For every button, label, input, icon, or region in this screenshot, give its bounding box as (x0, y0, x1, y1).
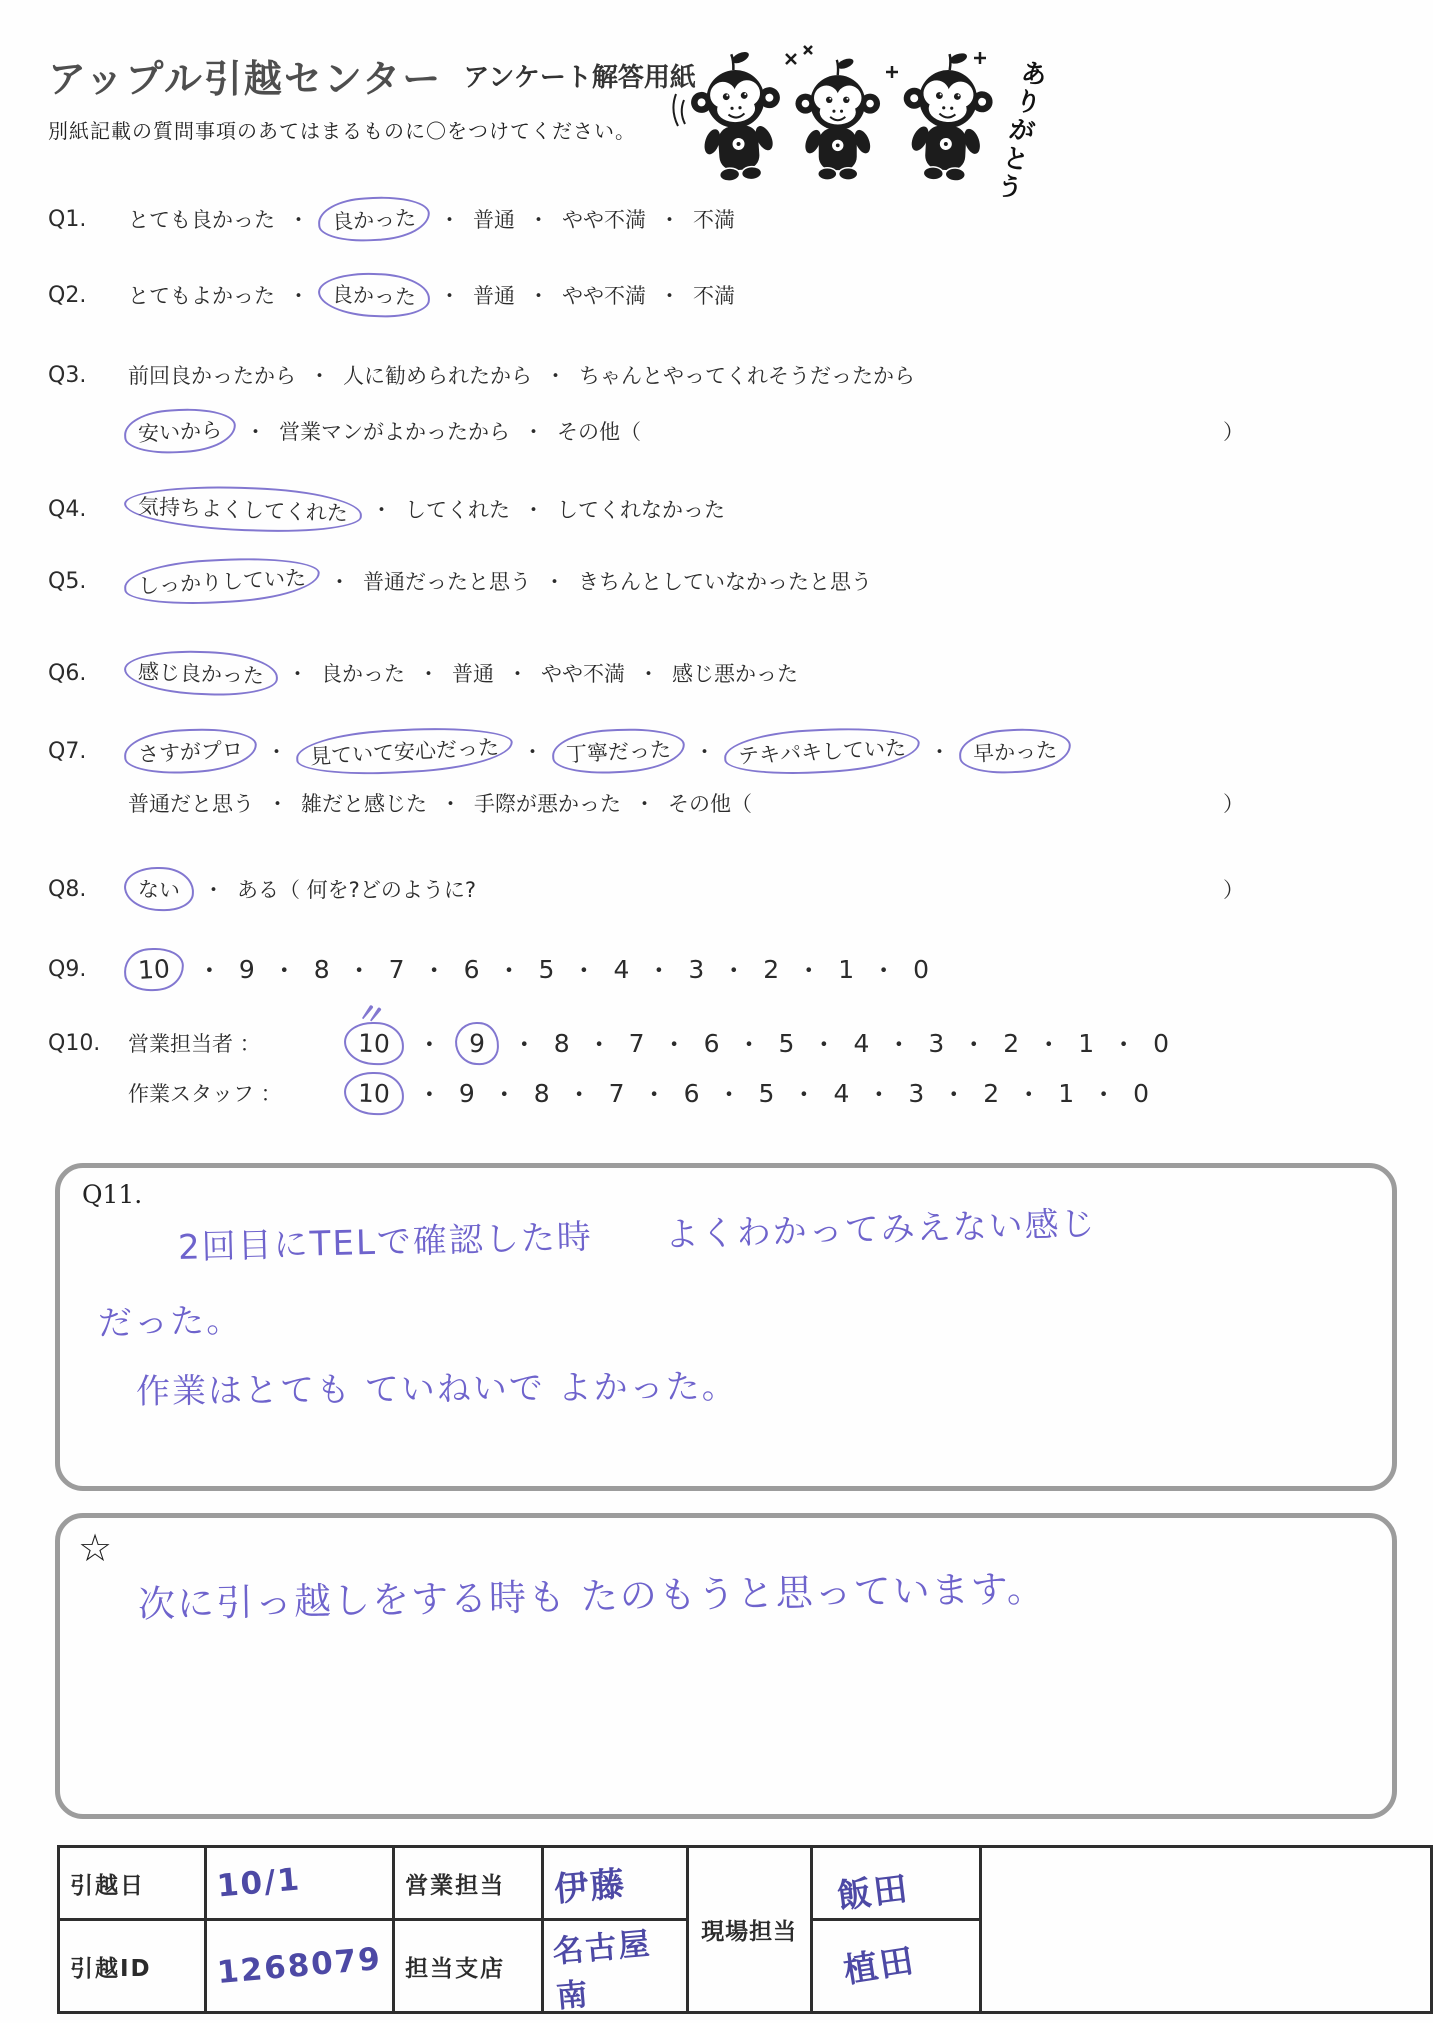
option-label: 手際が悪かった (474, 788, 621, 818)
question-block: Q10.営業担当者 ：10〃・9・8・7・6・5・4・3・2・1・0作業スタッフ… (48, 1026, 1248, 1110)
q11-comment-box: Q11. 2回目にTELで確認した時 よくわかってみえない感じ だった。 作業は… (55, 1163, 1397, 1491)
survey-sheet: アップル引越センター アンケート解答用紙 別紙記載の質問事項のあてはまるものに〇… (0, 0, 1433, 2023)
question-line: Q2.とてもよかった・良かった・普通・やや不満・不満 (48, 278, 1248, 312)
separator-dot: ・ (886, 1025, 911, 1061)
site-rep-value-1: 飯田 (834, 1860, 911, 1917)
separator-dot: ・ (422, 951, 447, 987)
option-label: 8 (534, 1079, 550, 1108)
separator-dot: ・ (642, 1075, 667, 1111)
option-label: 不満 (693, 280, 735, 310)
option-label: 普通 (473, 280, 515, 310)
option-circled: 早かった (958, 726, 1072, 776)
option-label: 6 (464, 955, 480, 984)
option-circled: 安いから (123, 406, 237, 456)
separator-dot: ・ (811, 1025, 836, 1061)
monkeys-svg (670, 42, 1000, 190)
sales-rep-label: 営業担当 (394, 1847, 543, 1920)
correction-mark: 〃 (352, 986, 393, 1037)
separator-dot: ・ (1016, 1075, 1041, 1111)
move-date-cell: 10/1 (206, 1847, 394, 1920)
question-id: Q2. (48, 283, 128, 308)
branch-label: 担当支店 (394, 1920, 543, 2013)
option-label: 1 (838, 955, 854, 984)
handwritten-line: 作業はとても ていねいで よかった。 (136, 1359, 738, 1413)
option-label: 雑だと感じた (301, 788, 427, 818)
move-date-value: 10/1 (216, 1861, 303, 1904)
option-label: 普通だと思う (128, 788, 254, 818)
question-id: Q1. (48, 207, 128, 232)
option-label: 7 (389, 955, 405, 984)
separator-dot: ・ (791, 1075, 816, 1111)
question-block: Q9.10・9・8・7・6・5・4・3・2・1・0 (48, 952, 1248, 986)
separator-dot: ・ (287, 658, 308, 688)
option-circled: さすがプロ (123, 726, 258, 777)
separator-dot: ・ (694, 736, 715, 766)
question-line: Q7.さすがプロ・見ていて安心だった・丁寧だった・テキパキしていた・早かった (48, 734, 1248, 768)
handwritten-line: 次に引っ越しをする時も たのもうと思っています。 (138, 1558, 1047, 1628)
question-id: Q6. (48, 661, 128, 686)
question-prefix: 営業担当者 ： (128, 1028, 348, 1058)
option-circled: しっかりしていた (123, 554, 321, 608)
separator-dot: ・ (1111, 1025, 1136, 1061)
question-id: Q3. (48, 363, 128, 388)
question-block: Q1.とても良かった・良かった・普通・やや不満・不満 (48, 202, 1248, 236)
monkey-icon (688, 48, 786, 184)
question-line: 普通だと思う・雑だと感じた・手際が悪かった・その他（） (48, 786, 1248, 820)
option-label: やや不満 (562, 204, 646, 234)
option-label: ある（ 何を?どのように? (237, 874, 476, 904)
empty-cell (980, 1847, 1431, 2013)
separator-dot: ・ (417, 1075, 442, 1111)
option-label: ちゃんとやってくれそうだったから (579, 360, 915, 390)
separator-dot: ・ (266, 736, 287, 766)
branch-cell: 名古屋南 (543, 1920, 687, 2013)
option-label: 4 (613, 955, 629, 984)
question-line: Q5.しっかりしていた・普通だったと思う・きちんとしていなかったと思う (48, 564, 1248, 598)
separator-dot: ・ (288, 204, 309, 234)
separator-dot: ・ (523, 494, 544, 524)
option-circled: テキパキしていた (723, 724, 921, 778)
option-label: 8 (554, 1029, 570, 1058)
monkey-icon (899, 48, 995, 183)
question-line: Q6.感じ良かった・良かった・普通・やや不満・感じ悪かった (48, 656, 1248, 690)
question-id: Q7. (48, 739, 128, 764)
option-circled: 9 (454, 1021, 499, 1066)
option-label: 4 (833, 1079, 849, 1108)
question-line: 安いから・営業マンがよかったから・その他（） (48, 414, 1248, 448)
option-label: してくれた (405, 494, 510, 524)
option-label: 7 (629, 1029, 645, 1058)
option-label: 普通 (452, 658, 494, 688)
handwritten-line: だった。 (97, 1292, 242, 1345)
option-label: 不満 (693, 204, 735, 234)
motion-lines-icon (673, 94, 685, 126)
option-label: とてもよかった (128, 280, 275, 310)
question-id: Q9. (48, 957, 128, 982)
footer-table: 引越日 10/1 営業担当 伊藤 現場担当 飯田 引越ID 1268079 担当… (57, 1845, 1433, 2014)
question-line: 作業スタッフ ：10・9・8・7・6・5・4・3・2・1・0 (48, 1076, 1248, 1110)
question-block: Q5.しっかりしていた・普通だったと思う・きちんとしていなかったと思う (48, 564, 1248, 598)
header: アップル引越センター アンケート解答用紙 別紙記載の質問事項のあてはまるものに〇… (48, 48, 696, 144)
option-label: 2 (1003, 1029, 1019, 1058)
option-circled: 見ていて安心だった (295, 723, 514, 778)
tail-paren: ） (1223, 416, 1248, 446)
separator-dot: ・ (941, 1075, 966, 1111)
separator-dot: ・ (439, 204, 460, 234)
option-label: 2 (763, 955, 779, 984)
option-label: 1 (1078, 1029, 1094, 1058)
option-label: 人に勧められたから (343, 360, 532, 390)
option-label: 0 (1153, 1029, 1169, 1058)
separator-dot: ・ (659, 280, 680, 310)
move-id-cell: 1268079 (206, 1920, 394, 2013)
separator-dot: ・ (492, 1075, 517, 1111)
separator-dot: ・ (1036, 1025, 1061, 1061)
separator-dot: ・ (347, 951, 372, 987)
star-icon: ☆ (78, 1526, 112, 1570)
separator-dot: ・ (329, 566, 350, 596)
option-label: 感じ悪かった (672, 658, 798, 688)
separator-dot: ・ (717, 1075, 742, 1111)
option-label: 普通だったと思う (363, 566, 531, 596)
handwritten-line: 2回目にTELで確認した時 よくわかってみえない感じ (177, 1196, 1097, 1269)
option-label: 5 (539, 955, 555, 984)
separator-dot: ・ (439, 280, 460, 310)
option-label: やや不満 (562, 280, 646, 310)
move-date-label: 引越日 (59, 1847, 206, 1920)
option-label: 3 (928, 1029, 944, 1058)
separator-dot: ・ (371, 494, 392, 524)
separator-dot: ・ (528, 204, 549, 234)
option-label: 前回良かったから (128, 360, 296, 390)
option-label: 9 (459, 1079, 475, 1108)
option-circled: 感じ良かった (123, 648, 278, 697)
option-label: 9 (239, 955, 255, 984)
monkey-icon (795, 57, 880, 181)
option-label: 営業マンがよかったから (279, 416, 510, 446)
option-label: 普通 (473, 204, 515, 234)
option-label: してくれなかった (557, 494, 725, 524)
option-label: やや不満 (541, 658, 625, 688)
question-block: Q6.感じ良かった・良かった・普通・やや不満・感じ悪かった (48, 656, 1248, 690)
option-label: 6 (684, 1079, 700, 1108)
question-block: Q2.とてもよかった・良かった・普通・やや不満・不満 (48, 278, 1248, 312)
option-label: 1 (1058, 1079, 1074, 1108)
question-line: Q8.ない・ある（ 何を?どのように?） (48, 872, 1248, 906)
separator-dot: ・ (638, 658, 659, 688)
option-circled: 丁寧だった (551, 726, 686, 777)
separator-dot: ・ (203, 874, 224, 904)
separator-dot: ・ (522, 736, 543, 766)
question-line: Q4.気持ちよくしてくれた・してくれた・してくれなかった (48, 492, 1248, 526)
separator-dot: ・ (929, 736, 950, 766)
separator-dot: ・ (507, 658, 528, 688)
question-line: Q1.とても良かった・良かった・普通・やや不満・不満 (48, 202, 1248, 236)
separator-dot: ・ (440, 788, 461, 818)
tail-paren: ） (1223, 788, 1248, 818)
separator-dot: ・ (721, 951, 746, 987)
separator-dot: ・ (587, 1025, 612, 1061)
option-label: 0 (1133, 1079, 1149, 1108)
option-label: 5 (779, 1029, 795, 1058)
question-block: Q4.気持ちよくしてくれた・してくれた・してくれなかった (48, 492, 1248, 526)
separator-dot: ・ (545, 360, 566, 390)
option-circled: 10〃 (343, 1020, 404, 1065)
site-rep-cell-top: 飯田 (811, 1847, 980, 1920)
site-rep-label: 現場担当 (687, 1847, 811, 2013)
question-line: Q9.10・9・8・7・6・5・4・3・2・1・0 (48, 952, 1248, 986)
mascot-monkeys-illustration (670, 42, 1000, 190)
question-block: Q3.前回良かったから・人に勧められたから・ちゃんとやってくれそうだったから安い… (48, 358, 1248, 448)
question-id: Q4. (48, 497, 128, 522)
question-block: Q7.さすがプロ・見ていて安心だった・丁寧だった・テキパキしていた・早かった普通… (48, 734, 1248, 820)
question-prefix: 作業スタッフ ： (128, 1078, 348, 1108)
brand-title: アップル引越センター (48, 48, 442, 103)
separator-dot: ・ (497, 951, 522, 987)
option-circled: 良かった (317, 194, 431, 244)
separator-dot: ・ (309, 360, 330, 390)
separator-dot: ・ (245, 416, 266, 446)
separator-dot: ・ (1091, 1075, 1116, 1111)
separator-dot: ・ (796, 951, 821, 987)
separator-dot: ・ (267, 788, 288, 818)
separator-dot: ・ (523, 416, 544, 446)
separator-dot: ・ (634, 788, 655, 818)
separator-dot: ・ (544, 566, 565, 596)
option-circled: ない (123, 866, 194, 912)
option-circled: 10 (123, 946, 185, 992)
option-label: 5 (759, 1079, 775, 1108)
separator-dot: ・ (871, 951, 896, 987)
separator-dot: ・ (571, 951, 596, 987)
separator-dot: ・ (567, 1075, 592, 1111)
separator-dot: ・ (528, 280, 549, 310)
separator-dot: ・ (197, 951, 222, 987)
form-title: アンケート解答用紙 (463, 57, 695, 94)
question-line: Q3.前回良かったから・人に勧められたから・ちゃんとやってくれそうだったから (48, 358, 1248, 392)
option-label: 0 (913, 955, 929, 984)
option-circled: 気持ちよくしてくれた (123, 483, 362, 535)
move-id-value: 1268079 (216, 1941, 384, 1991)
separator-dot: ・ (737, 1025, 762, 1061)
branch-value: 名古屋南 (551, 1916, 680, 2016)
site-rep-value-2: 植田 (839, 1932, 918, 1992)
question-id: Q8. (48, 877, 128, 902)
option-label: 6 (704, 1029, 720, 1058)
sales-rep-value: 伊藤 (552, 1855, 628, 1910)
question-line: Q10.営業担当者 ：10〃・9・8・7・6・5・4・3・2・1・0 (48, 1026, 1248, 1060)
separator-dot: ・ (662, 1025, 687, 1061)
option-label: 4 (853, 1029, 869, 1058)
q11-label: Q11. (82, 1180, 142, 1209)
option-label: 2 (983, 1079, 999, 1108)
move-id-label: 引越ID (59, 1920, 206, 2013)
separator-dot: ・ (659, 204, 680, 234)
separator-dot: ・ (961, 1025, 986, 1061)
separator-dot: ・ (866, 1075, 891, 1111)
option-label: 7 (609, 1079, 625, 1108)
option-label: きちんとしていなかったと思う (578, 566, 872, 596)
site-rep-cell-bottom: 植田 (811, 1920, 980, 2013)
tail-paren: ） (1223, 874, 1248, 904)
option-circled: 良かった (317, 271, 430, 319)
separator-dot: ・ (512, 1025, 537, 1061)
option-label: 3 (688, 955, 704, 984)
separator-dot: ・ (417, 1025, 442, 1061)
option-circled: 10 (343, 1070, 404, 1115)
option-label: 8 (314, 955, 330, 984)
separator-dot: ・ (418, 658, 439, 688)
option-label: 良かった (321, 658, 405, 688)
option-label: その他（ (668, 788, 752, 818)
option-label: とても良かった (128, 204, 275, 234)
option-label: 3 (908, 1079, 924, 1108)
option-label: その他（ (557, 416, 641, 446)
instruction-text: 別紙記載の質問事項のあてはまるものに〇をつけてください。 (48, 115, 696, 144)
question-id: Q10. (48, 1031, 128, 1056)
question-id: Q5. (48, 569, 128, 594)
sales-rep-cell: 伊藤 (543, 1847, 687, 1920)
star-comment-box: ☆ 次に引っ越しをする時も たのもうと思っています。 (55, 1513, 1397, 1819)
separator-dot: ・ (288, 280, 309, 310)
table-row: 引越日 10/1 営業担当 伊藤 現場担当 飯田 (59, 1847, 1432, 1920)
questions-section: Q1.とても良かった・良かった・普通・やや不満・不満Q2.とてもよかった・良かっ… (48, 202, 1248, 1110)
separator-dot: ・ (646, 951, 671, 987)
separator-dot: ・ (272, 951, 297, 987)
question-block: Q8.ない・ある（ 何を?どのように?） (48, 872, 1248, 906)
